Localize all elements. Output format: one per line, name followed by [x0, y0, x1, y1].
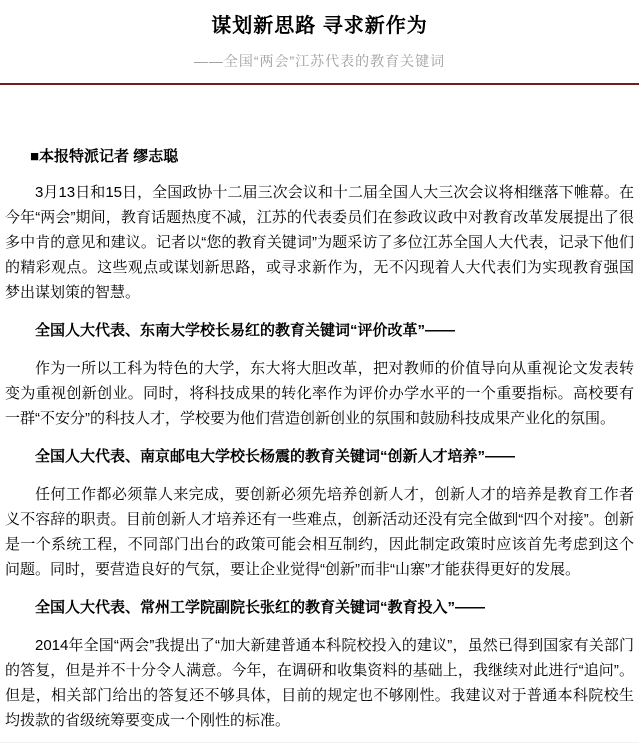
page-subtitle: ——全国“两会”江苏代表的教育关键词 — [0, 52, 639, 70]
page-title: 谋划新思路 寻求新作为 — [0, 14, 639, 38]
section-heading: 全国人大代表、常州工学院副院长张红的教育关键词“教育投入”—— — [5, 595, 634, 620]
article-paragraph: 2014年全国“两会”我提出了“加大新建普通本科院校投入的建议”，虽然已得到国家… — [5, 633, 634, 733]
section-heading: 全国人大代表、南京邮电大学校长杨震的教育关键词“创新人才培养”—— — [5, 444, 634, 469]
article-paragraph: 作为一所以工科为特色的大学，东大将大胆改革，把对教师的价值导向从重视论文发表转变… — [5, 356, 634, 431]
title-divider — [0, 83, 639, 85]
article-paragraph: 3月13日和15日，全国政协十二届三次会议和十二届全国人大三次会议将相继落下帷幕… — [5, 180, 634, 305]
article-paragraph: 任何工作都必须靠人来完成，要创新必须先培养创新人才，创新人才的培养是教育工作者义… — [5, 482, 634, 582]
article-header: 谋划新思路 寻求新作为 ——全国“两会”江苏代表的教育关键词 — [0, 0, 639, 85]
page-bottom-divider — [0, 742, 639, 743]
article-content: ■本报特派记者 缪志聪 3月13日和15日，全国政协十二届三次会议和十二届全国人… — [0, 147, 639, 733]
byline: ■本报特派记者 缪志聪 — [5, 147, 634, 167]
article-body: 3月13日和15日，全国政协十二届三次会议和十二届全国人大三次会议将相继落下帷幕… — [5, 180, 634, 733]
section-heading: 全国人大代表、东南大学校长易红的教育关键词“评价改革”—— — [5, 318, 634, 343]
